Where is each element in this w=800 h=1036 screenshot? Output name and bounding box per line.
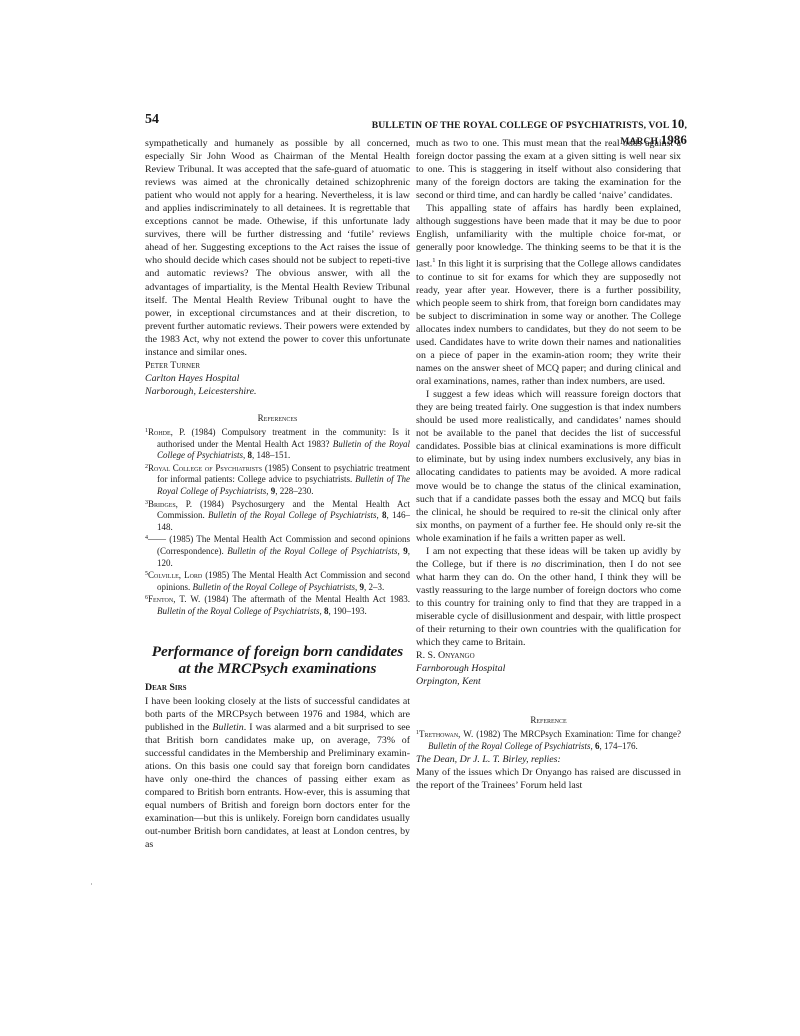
reference-author: Rohde, P. (148, 427, 185, 437)
reference-item: 6Fenton, T. W. (1984) The aftermath of t… (145, 593, 410, 617)
address-line-1: Farnborough Hospital (416, 662, 681, 675)
address-line-2: Orpington, Kent (416, 675, 681, 688)
reference-author: —— (148, 534, 166, 544)
reference-heading: Reference (416, 714, 681, 727)
references-heading: References (145, 412, 410, 425)
letter-body-paragraph: much as two to one. This must mean that … (416, 137, 681, 202)
body-italic-text: no (531, 559, 541, 570)
reference-text: (1982) The MRCPsych Examination: Time fo… (473, 729, 681, 739)
reference-item: 3Bridges, P. (1984) Psychosurgery and th… (145, 498, 410, 534)
reference-journal: Bulletin of the Royal College of Psychia… (208, 510, 376, 520)
address-line-1: Carlton Hayes Hospital (145, 372, 410, 385)
running-head-prefix: BULLETIN OF THE ROYAL COLLEGE OF PSYCHIA… (372, 120, 672, 131)
reference-pages: , 174–176. (599, 741, 637, 751)
salutation: Dear Sirs (145, 681, 410, 694)
signature-onyango: R. S. Onyango (416, 649, 681, 662)
letter-body-paragraph: I am not expecting that these ideas will… (416, 545, 681, 649)
signature-peter-turner: Peter Turner (145, 359, 410, 372)
letter-continuation: sympathetically and humanely as possible… (145, 137, 410, 359)
reference-journal: Bulletin of the Royal College of Psychia… (428, 741, 590, 751)
letter-body-paragraph: This appalling state of affairs has hard… (416, 202, 681, 388)
reference-text: (1984) The aftermath of the Mental Healt… (200, 594, 410, 604)
reference-author: Bridges, P. (148, 499, 192, 509)
reference-item: 1Trethowan, W. (1982) The MRCPsych Exami… (416, 728, 681, 752)
reference-item: 5Colville, Lord (1985) The Mental Health… (145, 569, 410, 593)
reference-journal: Bulletin of the Royal College of Psychia… (193, 582, 355, 592)
reference-journal: Bulletin of the Royal College of Psychia… (157, 606, 319, 616)
body-italic-text: Bulletin (212, 722, 243, 733)
right-column: much as two to one. This must mean that … (416, 137, 681, 792)
reference-item: 2Royal College of Psychiatrists (1985) C… (145, 462, 410, 498)
reference-item: 1Rohde, P. (1984) Compulsory treatment i… (145, 426, 410, 462)
references-list: 1Rohde, P. (1984) Compulsory treatment i… (145, 426, 410, 618)
reference-author: Fenton, T. W. (148, 594, 200, 604)
letter-body-paragraph: I suggest a few ideas which will reassur… (416, 388, 681, 545)
scan-artifact-dot (91, 883, 92, 885)
body-text: In this light it is surprising that the … (416, 259, 681, 387)
reference-pages: , 2–3. (364, 582, 384, 592)
body-text: . I was alarmed and a bit surprised to s… (145, 722, 410, 850)
reply-body: Many of the issues which Dr Onyango has … (416, 766, 681, 792)
volume-number: 10 (671, 116, 684, 131)
reference-pages: , 190–193. (328, 606, 366, 616)
page-number: 54 (145, 112, 159, 128)
reference-journal: Bulletin of the Royal College of Psychia… (227, 546, 397, 556)
address-line-2: Narborough, Leicestershire. (145, 385, 410, 398)
article-title: Performance of foreign born candidates a… (145, 643, 410, 677)
letter-body-paragraph: I have been looking closely at the lists… (145, 695, 410, 852)
reference-pages: , 148–151. (252, 450, 290, 460)
reply-heading: The Dean, Dr J. L. T. Birley, replies: (416, 753, 681, 766)
reference-author: Colville, Lord (148, 570, 202, 580)
body-text: discrimination, then I do not see what h… (416, 559, 681, 648)
reference-pages: , 228–230. (275, 486, 313, 496)
left-column: sympathetically and humanely as possible… (145, 137, 410, 851)
reference-author: Trethowan, W. (419, 729, 473, 739)
reference-author: Royal College of Psychiatrists (148, 463, 262, 473)
reference-item: 4—— (1985) The Mental Health Act Commiss… (145, 533, 410, 569)
